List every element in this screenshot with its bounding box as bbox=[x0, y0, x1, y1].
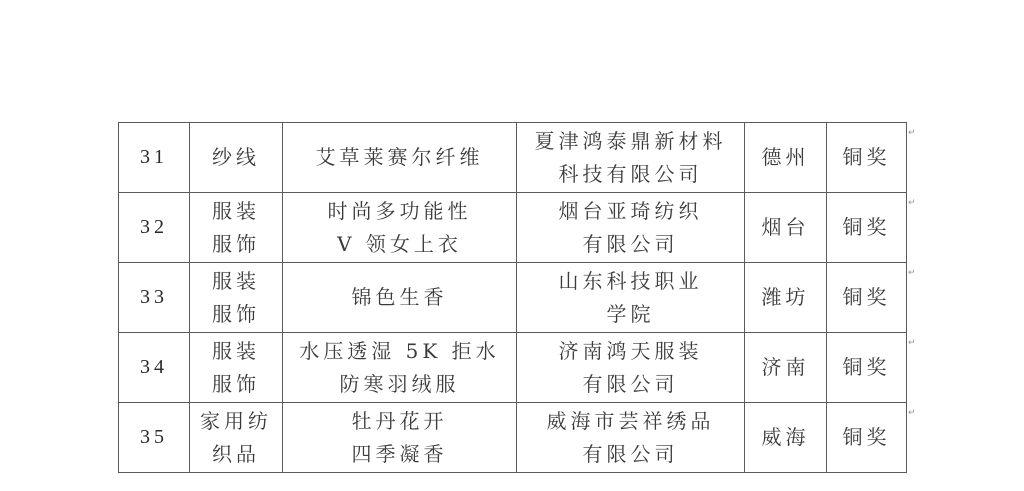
table-row: 35家用纺织品牡丹花开四季凝香威海市芸祥绣品有限公司威海铜奖 bbox=[119, 403, 907, 473]
product-cell-line: 四季凝香 bbox=[283, 438, 516, 471]
company-cell-line: 学院 bbox=[517, 298, 744, 331]
product-cell-line: 牡丹花开 bbox=[283, 405, 516, 438]
table-row: 31纱线艾草莱赛尔纤维夏津鸿泰鼎新材料科技有限公司德州铜奖 bbox=[119, 123, 907, 193]
city-cell: 威海 bbox=[745, 403, 827, 473]
product-cell-line: 艾草莱赛尔纤维 bbox=[283, 141, 516, 174]
award-table: 31纱线艾草莱赛尔纤维夏津鸿泰鼎新材料科技有限公司德州铜奖32服装服饰时尚多功能… bbox=[118, 122, 907, 473]
product-cell-line: 时尚多功能性 bbox=[283, 195, 516, 228]
row-number: 32 bbox=[119, 193, 190, 263]
company-cell: 山东科技职业学院 bbox=[517, 263, 745, 333]
table-row: 32服装服饰时尚多功能性V 领女上衣烟台亚琦纺织有限公司烟台铜奖 bbox=[119, 193, 907, 263]
category-cell-line: 服饰 bbox=[190, 298, 282, 331]
city-cell: 烟台 bbox=[745, 193, 827, 263]
product-cell: 艾草莱赛尔纤维 bbox=[283, 123, 517, 193]
category-cell-line: 服饰 bbox=[190, 368, 282, 401]
company-cell-line: 有限公司 bbox=[517, 228, 744, 261]
category-cell: 服装服饰 bbox=[190, 333, 283, 403]
company-cell-line: 有限公司 bbox=[517, 438, 744, 471]
city-cell: 潍坊 bbox=[745, 263, 827, 333]
product-cell-line: 水压透湿 5K 拒水 bbox=[283, 335, 516, 368]
category-cell-line: 服饰 bbox=[190, 228, 282, 261]
paragraph-mark-icon: ↵ bbox=[908, 128, 916, 138]
category-cell: 服装服饰 bbox=[190, 263, 283, 333]
row-number: 33 bbox=[119, 263, 190, 333]
category-cell-line: 服装 bbox=[190, 265, 282, 298]
award-cell: 铜奖 bbox=[827, 193, 907, 263]
company-cell: 威海市芸祥绣品有限公司 bbox=[517, 403, 745, 473]
category-cell: 服装服饰 bbox=[190, 193, 283, 263]
award-cell: 铜奖 bbox=[827, 263, 907, 333]
product-cell-line: V 领女上衣 bbox=[283, 228, 516, 261]
category-cell-line: 服装 bbox=[190, 195, 282, 228]
city-cell: 济南 bbox=[745, 333, 827, 403]
award-cell: 铜奖 bbox=[827, 123, 907, 193]
category-cell-line: 服装 bbox=[190, 335, 282, 368]
row-number: 31 bbox=[119, 123, 190, 193]
product-cell: 时尚多功能性V 领女上衣 bbox=[283, 193, 517, 263]
product-cell: 水压透湿 5K 拒水防寒羽绒服 bbox=[283, 333, 517, 403]
company-cell: 济南鸿天服装有限公司 bbox=[517, 333, 745, 403]
city-cell: 德州 bbox=[745, 123, 827, 193]
company-cell-line: 夏津鸿泰鼎新材料 bbox=[517, 125, 744, 158]
company-cell-line: 威海市芸祥绣品 bbox=[517, 405, 744, 438]
category-cell-line: 织品 bbox=[190, 438, 282, 471]
award-cell: 铜奖 bbox=[827, 403, 907, 473]
company-cell-line: 烟台亚琦纺织 bbox=[517, 195, 744, 228]
company-cell-line: 山东科技职业 bbox=[517, 265, 744, 298]
paragraph-mark-icon: ↵ bbox=[908, 198, 916, 208]
product-cell-line: 防寒羽绒服 bbox=[283, 368, 516, 401]
product-cell: 牡丹花开四季凝香 bbox=[283, 403, 517, 473]
category-cell-line: 家用纺 bbox=[190, 405, 282, 438]
category-cell: 纱线 bbox=[190, 123, 283, 193]
product-cell-line: 锦色生香 bbox=[283, 281, 516, 314]
row-number: 34 bbox=[119, 333, 190, 403]
category-cell-line: 纱线 bbox=[190, 141, 282, 174]
company-cell-line: 科技有限公司 bbox=[517, 158, 744, 191]
product-cell: 锦色生香 bbox=[283, 263, 517, 333]
paragraph-mark-icon: ↵ bbox=[908, 408, 916, 418]
paragraph-mark-icon: ↵ bbox=[908, 268, 916, 278]
award-cell: 铜奖 bbox=[827, 333, 907, 403]
company-cell-line: 济南鸿天服装 bbox=[517, 335, 744, 368]
paragraph-mark-icon: ↵ bbox=[908, 338, 916, 348]
table-row: 34服装服饰水压透湿 5K 拒水防寒羽绒服济南鸿天服装有限公司济南铜奖 bbox=[119, 333, 907, 403]
table-row: 33服装服饰锦色生香山东科技职业学院潍坊铜奖 bbox=[119, 263, 907, 333]
company-cell-line: 有限公司 bbox=[517, 368, 744, 401]
company-cell: 夏津鸿泰鼎新材料科技有限公司 bbox=[517, 123, 745, 193]
row-number: 35 bbox=[119, 403, 190, 473]
company-cell: 烟台亚琦纺织有限公司 bbox=[517, 193, 745, 263]
category-cell: 家用纺织品 bbox=[190, 403, 283, 473]
